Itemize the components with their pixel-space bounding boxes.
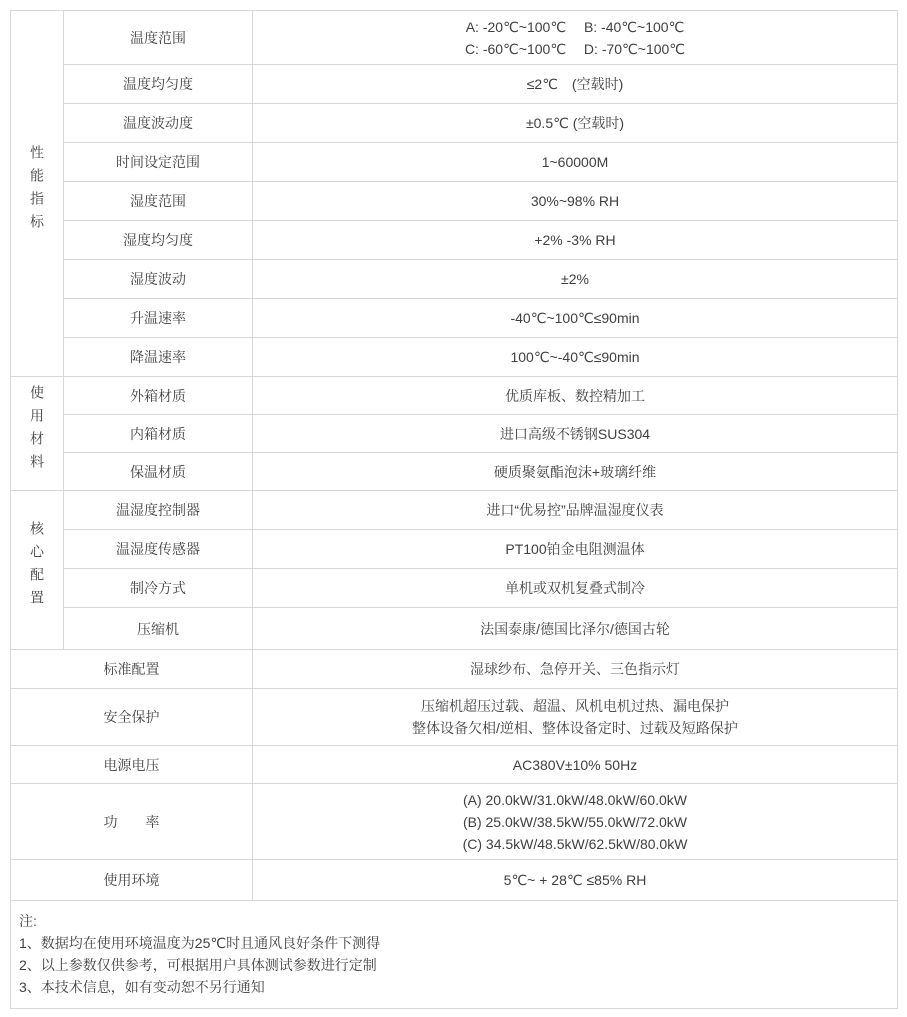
param-label: 温度均匀度 bbox=[64, 65, 253, 104]
table-row: 升温速率 -40℃~100℃≤90min bbox=[11, 299, 898, 338]
param-value: A: -20℃~100℃ B: -40℃~100℃ C: -60℃~100℃ D… bbox=[253, 11, 898, 65]
param-label: 湿度均匀度 bbox=[64, 221, 253, 260]
table-row: 使用环境 5℃~ + 28℃ ≤85% RH bbox=[11, 860, 898, 901]
table-row: 性能指标 温度范围 A: -20℃~100℃ B: -40℃~100℃ C: -… bbox=[11, 11, 898, 65]
category-cell-materials: 使用材料 bbox=[11, 377, 64, 491]
param-value: 5℃~ + 28℃ ≤85% RH bbox=[253, 860, 898, 901]
param-value: 硬质聚氨酯泡沫+玻璃纤维 bbox=[253, 453, 898, 491]
table-row: 湿度均匀度 +2% -3% RH bbox=[11, 221, 898, 260]
table-row: 电源电压 AC380V±10% 50Hz bbox=[11, 746, 898, 784]
table-row: 制冷方式 单机或双机复叠式制冷 bbox=[11, 569, 898, 608]
category-label: 核心配置 bbox=[30, 521, 44, 613]
table-row: 功 率 (A) 20.0kW/31.0kW/48.0kW/60.0kW (B) … bbox=[11, 784, 898, 860]
param-value: 进口“优易控”品牌温湿度仪表 bbox=[253, 491, 898, 530]
param-value: ±2% bbox=[253, 260, 898, 299]
spec-table: 性能指标 温度范围 A: -20℃~100℃ B: -40℃~100℃ C: -… bbox=[10, 10, 898, 1009]
category-cell-performance: 性能指标 bbox=[11, 11, 64, 377]
param-value: 单机或双机复叠式制冷 bbox=[253, 569, 898, 608]
value-line: (B) 25.0kW/38.5kW/55.0kW/72.0kW bbox=[259, 811, 891, 833]
param-value: 法国泰康/德国比泽尔/德国古轮 bbox=[253, 608, 898, 650]
param-label: 降温速率 bbox=[64, 338, 253, 377]
param-label: 安全保护 bbox=[11, 689, 253, 746]
param-value: ±0.5℃ (空载时) bbox=[253, 104, 898, 143]
table-row: 核心配置 温湿度控制器 进口“优易控”品牌温湿度仪表 bbox=[11, 491, 898, 530]
notes-title: 注: bbox=[19, 910, 889, 932]
table-row: 温湿度传感器 PT100铂金电阻测温体 bbox=[11, 530, 898, 569]
table-row: 温度波动度 ±0.5℃ (空载时) bbox=[11, 104, 898, 143]
param-value: 30%~98% RH bbox=[253, 182, 898, 221]
param-label: 外箱材质 bbox=[64, 377, 253, 415]
param-value: 湿球纱布、急停开关、三色指示灯 bbox=[253, 650, 898, 689]
param-label: 功 率 bbox=[11, 784, 253, 860]
param-value: ≤2℃ (空载时) bbox=[253, 65, 898, 104]
table-row: 湿度波动 ±2% bbox=[11, 260, 898, 299]
param-label: 时间设定范围 bbox=[64, 143, 253, 182]
param-label: 内箱材质 bbox=[64, 415, 253, 453]
param-label: 温湿度传感器 bbox=[64, 530, 253, 569]
note-item: 2、以上参数仅供参考，可根据用户具体测试参数进行定制 bbox=[19, 954, 889, 976]
spec-page: 性能指标 温度范围 A: -20℃~100℃ B: -40℃~100℃ C: -… bbox=[0, 0, 907, 1017]
value-line: A: -20℃~100℃ B: -40℃~100℃ bbox=[259, 16, 891, 38]
param-label: 温度范围 bbox=[64, 11, 253, 65]
param-label: 保温材质 bbox=[64, 453, 253, 491]
table-row: 安全保护 压缩机超压过载、超温、风机电机过热、漏电保护 整体设备欠相/逆相、整体… bbox=[11, 689, 898, 746]
table-row: 使用材料 外箱材质 优质库板、数控精加工 bbox=[11, 377, 898, 415]
param-value: AC380V±10% 50Hz bbox=[253, 746, 898, 784]
param-label: 制冷方式 bbox=[64, 569, 253, 608]
value-line: 整体设备欠相/逆相、整体设备定时、过载及短路保护 bbox=[259, 717, 891, 739]
param-label: 压缩机 bbox=[64, 608, 253, 650]
category-label: 使用材料 bbox=[30, 385, 44, 477]
value-line: (C) 34.5kW/48.5kW/62.5kW/80.0kW bbox=[259, 833, 891, 855]
note-item: 1、数据均在使用环境温度为25℃时且通风良好条件下测得 bbox=[19, 932, 889, 954]
param-value: -40℃~100℃≤90min bbox=[253, 299, 898, 338]
param-value: 100℃~-40℃≤90min bbox=[253, 338, 898, 377]
value-line: (A) 20.0kW/31.0kW/48.0kW/60.0kW bbox=[259, 789, 891, 811]
category-cell-core-config: 核心配置 bbox=[11, 491, 64, 650]
param-value: 进口高级不锈钢SUS304 bbox=[253, 415, 898, 453]
table-row: 内箱材质 进口高级不锈钢SUS304 bbox=[11, 415, 898, 453]
param-label: 电源电压 bbox=[11, 746, 253, 784]
table-row: 降温速率 100℃~-40℃≤90min bbox=[11, 338, 898, 377]
param-value: PT100铂金电阻测温体 bbox=[253, 530, 898, 569]
table-row: 温度均匀度 ≤2℃ (空载时) bbox=[11, 65, 898, 104]
value-line: C: -60℃~100℃ D: -70℃~100℃ bbox=[259, 38, 891, 60]
param-value: 1~60000M bbox=[253, 143, 898, 182]
table-row: 时间设定范围 1~60000M bbox=[11, 143, 898, 182]
table-row: 保温材质 硬质聚氨酯泡沫+玻璃纤维 bbox=[11, 453, 898, 491]
notes-row: 注: 1、数据均在使用环境温度为25℃时且通风良好条件下测得 2、以上参数仅供参… bbox=[11, 901, 898, 1009]
param-value: 压缩机超压过载、超温、风机电机过热、漏电保护 整体设备欠相/逆相、整体设备定时、… bbox=[253, 689, 898, 746]
table-row: 标准配置 湿球纱布、急停开关、三色指示灯 bbox=[11, 650, 898, 689]
param-value: +2% -3% RH bbox=[253, 221, 898, 260]
param-label: 温度波动度 bbox=[64, 104, 253, 143]
param-label: 湿度范围 bbox=[64, 182, 253, 221]
category-label: 性能指标 bbox=[30, 145, 44, 237]
notes-cell: 注: 1、数据均在使用环境温度为25℃时且通风良好条件下测得 2、以上参数仅供参… bbox=[11, 901, 898, 1009]
param-label: 标准配置 bbox=[11, 650, 253, 689]
param-label: 温湿度控制器 bbox=[64, 491, 253, 530]
param-label: 升温速率 bbox=[64, 299, 253, 338]
table-row: 湿度范围 30%~98% RH bbox=[11, 182, 898, 221]
value-line: 压缩机超压过载、超温、风机电机过热、漏电保护 bbox=[259, 695, 891, 717]
param-label: 使用环境 bbox=[11, 860, 253, 901]
table-row: 压缩机 法国泰康/德国比泽尔/德国古轮 bbox=[11, 608, 898, 650]
param-label: 湿度波动 bbox=[64, 260, 253, 299]
param-value: (A) 20.0kW/31.0kW/48.0kW/60.0kW (B) 25.0… bbox=[253, 784, 898, 860]
note-item: 3、本技术信息，如有变动恕不另行通知 bbox=[19, 976, 889, 998]
param-value: 优质库板、数控精加工 bbox=[253, 377, 898, 415]
